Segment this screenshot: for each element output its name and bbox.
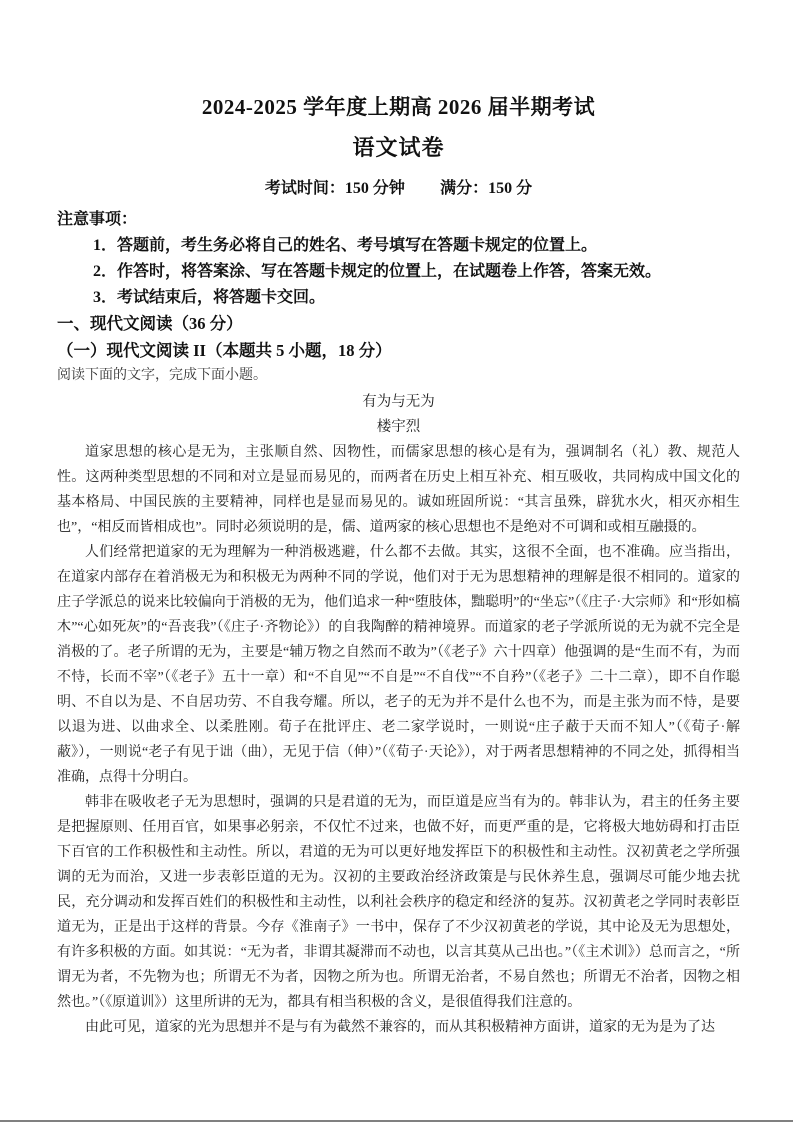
reading-instruction: 阅读下面的文字，完成下面小题。 bbox=[57, 364, 740, 388]
notice-item-3: 3．考试结束后，将答题卡交回。 bbox=[57, 285, 740, 311]
essay-paragraph-4: 由此可见，道家的光为思想并不是与有为截然不兼容的，而从其积极精神方面讲，道家的无… bbox=[57, 1015, 740, 1040]
page-subtitle: 语文试卷 bbox=[57, 135, 740, 161]
essay-author: 楼宇烈 bbox=[57, 415, 740, 440]
exam-time: 考试时间：150 分钟 bbox=[265, 180, 405, 197]
subsection-heading-reading-ii: （一）现代文阅读 II（本题共 5 小题，18 分） bbox=[57, 337, 740, 364]
essay-paragraph-1: 道家思想的核心是无为，主张顺自然、因物性，而儒家思想的核心是有为，强调制名（礼）… bbox=[57, 440, 740, 540]
section-heading-modern-reading: 一、现代文阅读（36 分） bbox=[57, 311, 740, 337]
notice-heading: 注意事项： bbox=[57, 207, 740, 233]
page-title: 2024-2025 学年度上期高 2026 届半期考试 bbox=[57, 94, 740, 120]
essay-paragraph-2: 人们经常把道家的无为理解为一种消极逃避，什么都不去做。其实，这很不全面，也不准确… bbox=[57, 540, 740, 790]
exam-paper-page: 2024-2025 学年度上期高 2026 届半期考试 语文试卷 考试时间：15… bbox=[0, 0, 793, 1122]
exam-full-score: 满分：150 分 bbox=[440, 180, 532, 197]
essay-paragraph-3: 韩非在吸收老子无为思想时，强调的只是君道的无为，而臣道是应当有为的。韩非认为，君… bbox=[57, 790, 740, 1015]
essay-title: 有为与无为 bbox=[57, 390, 740, 415]
notice-item-2: 2．作答时，将答案涂、写在答题卡规定的位置上，在试题卷上作答，答案无效。 bbox=[57, 259, 740, 285]
exam-info-line: 考试时间：150 分钟满分：150 分 bbox=[57, 178, 740, 199]
notice-item-1: 1．答题前，考生务必将自己的姓名、考号填写在答题卡规定的位置上。 bbox=[57, 233, 740, 259]
